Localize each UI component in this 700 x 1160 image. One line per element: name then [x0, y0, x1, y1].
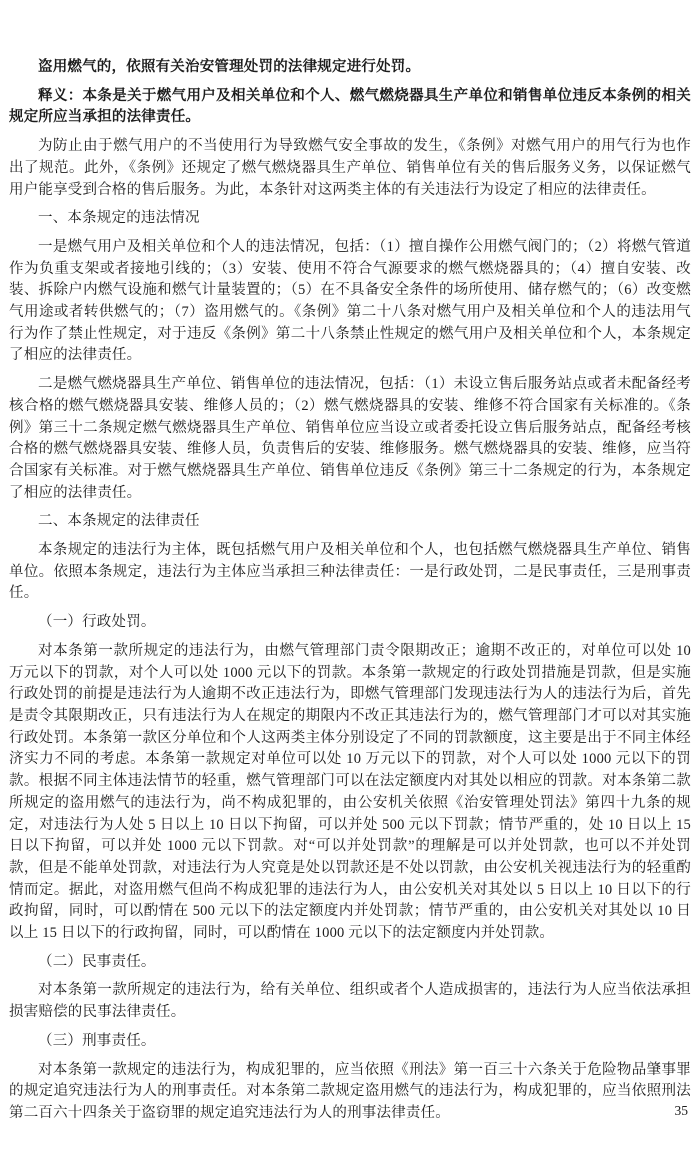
paragraph-user-violations: 一是燃气用户及相关单位和个人的违法情况，包括：（1）擅自操作公用燃气阀门的；（2… — [9, 237, 691, 367]
paragraph-background: 为防止由于燃气用户的不当使用行为导致燃气安全事故的发生，《条例》对燃气用户的用气… — [9, 136, 691, 201]
interpretation-lead-paragraph: 释义：本条是关于燃气用户及相关单位和个人、燃气燃烧器具生产单位和销售单位违反本条… — [9, 86, 691, 129]
subheading-civil-liability: （二）民事责任。 — [9, 952, 691, 974]
paragraph-administrative-penalty: 对本条第一款所规定的违法行为，由燃气管理部门责令限期改正；逾期不改正的，对单位可… — [9, 641, 691, 945]
subheading-administrative-penalty: （一）行政处罚。 — [9, 612, 691, 634]
paragraph-manufacturer-violations: 二是燃气燃烧器具生产单位、销售单位的违法情况，包括：（1）未设立售后服务站点或者… — [9, 374, 691, 504]
article-provision-text: 盗用燃气的，依照有关治安管理处罚的法律规定进行处罚。 — [9, 57, 691, 79]
paragraph-criminal-liability: 对本条第一款规定的违法行为，构成犯罪的，应当依照《刑法》第一百三十六条关于危险物… — [9, 1060, 691, 1125]
document-body: 盗用燃气的，依照有关治安管理处罚的法律规定进行处罚。 释义：本条是关于燃气用户及… — [9, 57, 691, 1132]
document-page: 盗用燃气的，依照有关治安管理处罚的法律规定进行处罚。 释义：本条是关于燃气用户及… — [0, 0, 700, 1160]
section-heading-legal-liability: 二、本条规定的法律责任 — [9, 511, 691, 533]
subheading-criminal-liability: （三）刑事责任。 — [9, 1031, 691, 1053]
page-number: 35 — [675, 1103, 689, 1119]
paragraph-liability-subjects: 本条规定的违法行为主体，既包括燃气用户及相关单位和个人，也包括燃气燃烧器具生产单… — [9, 540, 691, 605]
section-heading-violations: 一、本条规定的违法情况 — [9, 208, 691, 230]
paragraph-civil-liability: 对本条第一款所规定的违法行为，给有关单位、组织或者个人造成损害的，违法行为人应当… — [9, 980, 691, 1023]
